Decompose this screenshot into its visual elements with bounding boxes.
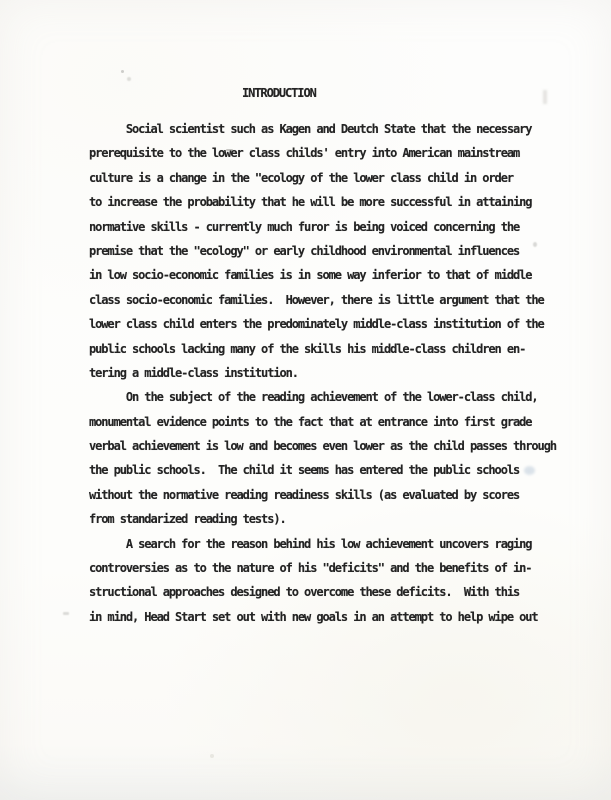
text-line: prerequisite to the lower class childs' … [89,141,569,165]
scan-speck [210,754,214,758]
text-line: monumental evidence points to the fact t… [89,410,569,434]
text-line: A search for the reason behind his low a… [89,532,569,556]
text-line: controversies as to the nature of his "d… [89,556,569,580]
body-text-block: Social scientist such as Kagen and Deutc… [89,117,569,629]
text-line: the public schools. The child it seems h… [89,458,569,482]
text-line: tering a middle-class institution. [89,361,569,385]
text-line: class socio-economic families. However, … [89,288,569,312]
text-line: in low socio-economic families is in som… [89,263,569,287]
scanned-typewritten-page: INTRODUCTION Social scientist such as Ka… [0,0,611,800]
text-line: in mind, Head Start set out with new goa… [89,605,569,629]
scan-speck [127,77,131,81]
scan-speck [63,612,69,615]
text-line: public schools lacking many of the skill… [89,337,569,361]
scan-speck [543,90,547,104]
text-line: premise that the "ecology" or early chil… [89,239,569,263]
text-line: On the subject of the reading achievemen… [89,385,569,409]
text-line: verbal achievement is low and becomes ev… [89,434,569,458]
text-line: from standarized reading tests). [89,507,569,531]
page-title: INTRODUCTION [242,86,316,101]
text-line: structional approaches designed to overc… [89,580,569,604]
text-line: normative skills - currently much furor … [89,215,569,239]
text-line: culture is a change in the "ecology of t… [89,166,569,190]
text-line: lower class child enters the predominate… [89,312,569,336]
text-line: to increase the probability that he will… [89,190,569,214]
text-line: Social scientist such as Kagen and Deutc… [89,117,569,141]
scan-speck [121,70,124,73]
text-line: without the normative reading readiness … [89,483,569,507]
